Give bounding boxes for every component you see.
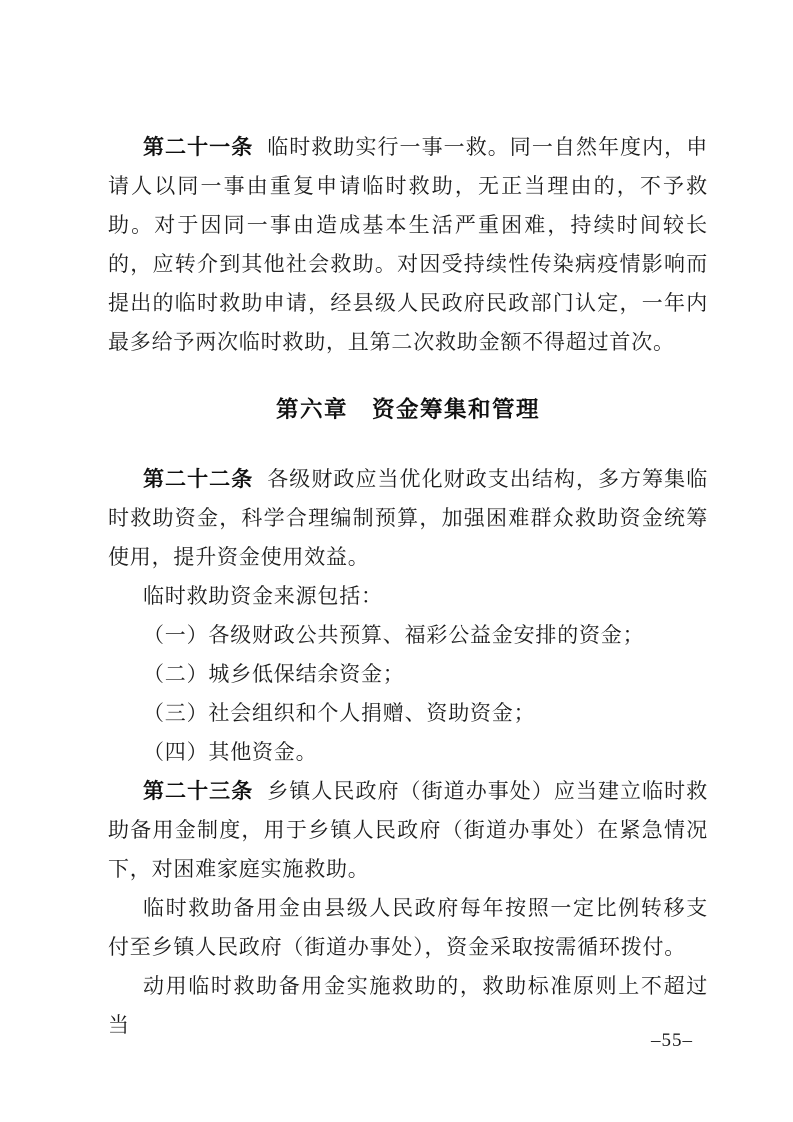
article-22-paragraph: 第二十二条各级财政应当优化财政支出结构，多方筹集临时救助资金，科学合理编制预算，… xyxy=(108,460,708,577)
article-21-text: 临时救助实行一事一救。同一自然年度内，申请人以同一事由重复申请临时救助，无正当理… xyxy=(108,135,708,354)
article-22-label: 第二十二条 xyxy=(143,468,253,491)
funding-source-item-3: （三）社会组织和个人捐赠、资助资金； xyxy=(108,694,708,733)
funding-source-item-2: （二）城乡低保结余资金； xyxy=(108,655,708,694)
article-23-paragraph: 第二十三条乡镇人民政府（街道办事处）应当建立临时救助备用金制度，用于乡镇人民政府… xyxy=(108,772,708,889)
article-23-label: 第二十三条 xyxy=(143,780,253,803)
funding-source-item-4: （四）其他资金。 xyxy=(108,733,708,772)
chapter-6-heading: 第六章 资金筹集和管理 xyxy=(108,390,708,429)
article-21-label: 第二十一条 xyxy=(143,136,253,159)
page-number: –55– xyxy=(651,1030,693,1052)
funding-source-item-1: （一）各级财政公共预算、福彩公益金安排的资金； xyxy=(108,616,708,655)
reserve-fund-paragraph: 临时救助备用金由县级人民政府每年按照一定比例转移支付至乡镇人民政府（街道办事处）… xyxy=(108,889,708,967)
funding-sources-intro: 临时救助资金来源包括： xyxy=(108,577,708,616)
document-body: 第二十一条临时救助实行一事一救。同一自然年度内，申请人以同一事由重复申请临时救助… xyxy=(108,128,708,1045)
document-page: 第二十一条临时救助实行一事一救。同一自然年度内，申请人以同一事由重复申请临时救助… xyxy=(0,0,793,1122)
reserve-fund-usage-paragraph: 动用临时救助备用金实施救助的，救助标准原则上不超过当 xyxy=(108,967,708,1045)
article-21-paragraph: 第二十一条临时救助实行一事一救。同一自然年度内，申请人以同一事由重复申请临时救助… xyxy=(108,128,708,362)
